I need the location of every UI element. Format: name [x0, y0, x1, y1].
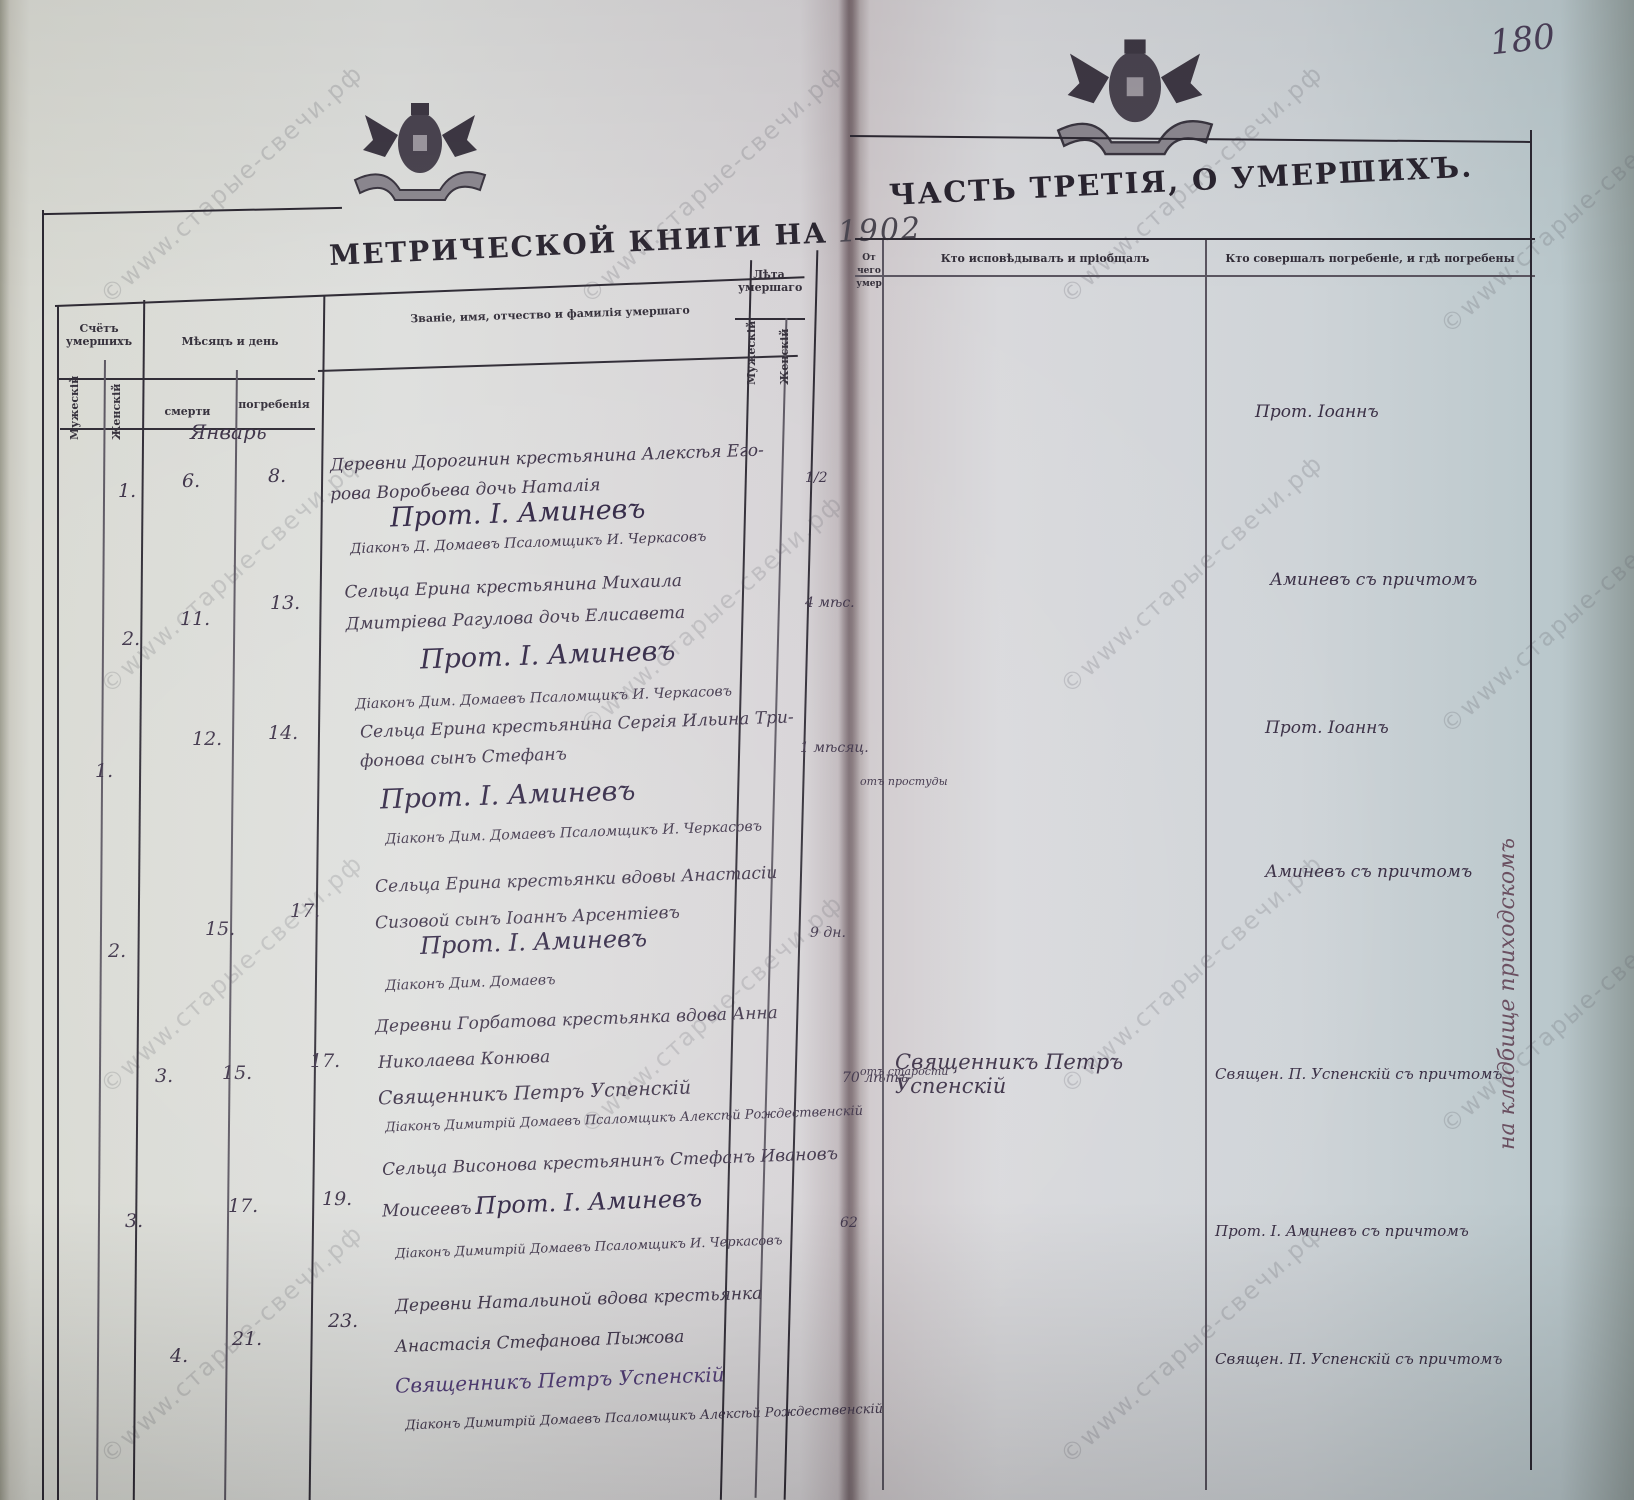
entry-burial-day: 23.	[328, 1310, 358, 1332]
month-label: Январь	[190, 420, 267, 444]
column-line	[96, 360, 106, 1500]
cause-of-death: отъ простуды	[860, 775, 948, 788]
margin-note: на кладбище приходскомъ	[1495, 500, 1520, 1150]
imperial-eagle-emblem-icon	[1045, 30, 1225, 160]
column-line	[1205, 240, 1207, 1490]
col-head-cause: От чего умер	[855, 252, 883, 291]
entry-text-line: Сельца Ерина крестьянки вдовы Анастасіи	[375, 863, 778, 897]
entry-text-line: фонова сынъ Стефанъ	[360, 744, 567, 771]
col-head-confessed-by: Кто исповѣдывалъ и пріобщалъ	[890, 252, 1200, 265]
page-number: 180	[1488, 17, 1557, 64]
entry-clergy: Діаконъ Дим. Домаевъ Псаломщикъ И. Черка…	[355, 683, 732, 712]
entry-text-line: Сельца Ерина крестьянина Сергія Ильина Т…	[360, 707, 794, 742]
entry-death-day: 21.	[232, 1328, 262, 1350]
entry-burial-day: 8.	[268, 465, 286, 487]
entry-burial-day: 14.	[268, 722, 298, 744]
entry-death-day: 15.	[205, 918, 235, 940]
entry-text-line: Деревни Горбатова крестьянка вдова Анна	[375, 1003, 778, 1037]
entry-text-line: Сельца Висонова крестьянинъ Стефанъ Иван…	[382, 1144, 838, 1180]
column-line	[57, 305, 59, 1500]
entry-signature: Священникъ Петръ Успенскій	[378, 1077, 692, 1110]
entry-text-line: Анастасія Стефанова Пыжова	[395, 1327, 685, 1357]
buried-by-entry: Аминевъ съ причтомъ	[1265, 862, 1472, 882]
column-line	[882, 240, 884, 1490]
buried-by-entry: Прот. Іоаннъ	[1265, 718, 1389, 738]
header-divider	[318, 355, 798, 372]
entry-age: 4 мѣс.	[805, 595, 855, 611]
buried-by-entry: Прот. І. Аминевъ съ причтомъ	[1215, 1222, 1469, 1240]
book-spread: ©www.старые-свечи.рф ©www.старые-свечи.р…	[0, 0, 1634, 1500]
entry-male-number: 3.	[125, 1210, 143, 1232]
buried-by-entry: Священ. П. Успенскій съ причтомъ	[1215, 1065, 1502, 1083]
register-year: 1902	[837, 211, 923, 250]
entry-death-day: 11.	[180, 608, 210, 630]
watermark: ©www.старые-свечи.рф	[1435, 489, 1634, 739]
watermark: ©www.старые-свечи.рф	[1435, 889, 1634, 1139]
entry-signature: Прот. І. Аминевъ	[380, 776, 636, 816]
entry-clergy: Діаконъ Дим. Домаевъ	[385, 972, 556, 994]
frame-line	[42, 210, 44, 1500]
entry-age: 1 мѣсяц.	[800, 740, 869, 756]
entry-death-day: 12.	[192, 728, 222, 750]
entry-text-line: Сельца Ерина крестьянина Михаила Дмитріе…	[344, 563, 726, 640]
col-head-month-day: Мѣсяцъ и день	[150, 335, 310, 348]
col-head-deceased-count: Счётъ умершихъ	[60, 322, 138, 348]
entry-age: 1/2	[805, 470, 828, 486]
entry-female-number: 3.	[155, 1065, 173, 1087]
entry-male-number: 1.	[95, 760, 113, 782]
frame-line	[1530, 130, 1532, 1470]
entry-clergy: Діаконъ Димитрій Домаевъ Псаломщикъ И. Ч…	[395, 1233, 783, 1262]
col-head-age-female: Женскій	[778, 330, 791, 385]
col-head-male: Мужескій	[68, 385, 81, 440]
table-top-line	[855, 238, 1535, 240]
entry-death-day: 15.	[222, 1062, 252, 1084]
entry-age: 62	[840, 1215, 858, 1231]
entry-female-number: 2.	[122, 628, 140, 650]
confessed-by-entry: Священникъ Петръ Успенскій	[895, 1050, 1195, 1098]
entry-burial-day: 13.	[270, 592, 300, 614]
header-divider	[735, 318, 805, 320]
watermark: ©www.старые-свечи.рф	[95, 59, 369, 309]
entry-text-line: Николаева Конюва	[378, 1047, 551, 1073]
register-title: МЕТРИЧЕСКОЙ КНИГИ НА	[328, 216, 828, 272]
entry-death-day: 6.	[182, 470, 200, 492]
col-head-female: Женскій	[110, 385, 123, 440]
col-head-buried-by: Кто совершалъ погребеніе, и гдѣ погребен…	[1210, 252, 1530, 265]
entry-male-number: 2.	[108, 940, 126, 962]
entry-text-line: Моисеевъ	[382, 1198, 472, 1221]
entry-burial-day: 17.	[290, 900, 320, 922]
table-top-line	[55, 276, 805, 307]
header-bottom-line	[60, 428, 315, 430]
entry-text-line: Деревни Натальиной вдова крестьянка	[395, 1284, 763, 1317]
entry-clergy: Діаконъ Дим. Домаевъ Псаломщикъ И. Черка…	[385, 818, 762, 847]
col-head-status-name: Званіе, имя, отчество и фамилія умершаго	[360, 302, 740, 327]
entry-signature: Прот. І. Аминевъ	[475, 1184, 703, 1220]
entry-burial-day: 17.	[310, 1050, 340, 1072]
col-head-age-male: Мужескій	[745, 330, 758, 385]
watermark: ©www.старые-свечи.рф	[575, 59, 849, 309]
col-head-burial: погребенія	[232, 398, 316, 411]
entry-clergy: Діаконъ Димитрій Домаевъ Псаломщикъ Алек…	[405, 1402, 883, 1434]
buried-by-entry: Священ. П. Успенскій съ причтомъ	[1215, 1350, 1502, 1368]
entry-age: 9 дн.	[810, 925, 846, 941]
column-line	[755, 318, 788, 1498]
header-bottom-line	[855, 275, 1535, 277]
buried-by-entry: Прот. Іоаннъ	[1255, 402, 1379, 422]
entry-text-line: Деревни Дорогинин крестьянина Алексѣя Ег…	[330, 440, 764, 475]
imperial-eagle-emblem-icon	[345, 95, 495, 205]
entry-clergy: Діаконъ Д. Домаевъ Псаломщикъ И. Черкасо…	[350, 529, 707, 557]
watermark: ©www.старые-свечи.рф	[1435, 89, 1634, 339]
col-head-age: Лѣта умершаго	[738, 268, 800, 294]
col-head-death: смерти	[145, 405, 230, 418]
buried-by-entry: Аминевъ съ причтомъ	[1270, 570, 1477, 590]
entry-burial-day: 19.	[322, 1188, 352, 1210]
entry-female-number: 4.	[170, 1345, 188, 1367]
entry-female-number: 1.	[118, 480, 136, 502]
entry-death-day: 17.	[228, 1195, 258, 1217]
header-divider	[57, 378, 315, 380]
column-line	[784, 250, 819, 1500]
entry-signature: Священникъ Петръ Успенскій	[395, 1362, 725, 1397]
watermark: ©www.старые-свечи.рф	[1055, 1219, 1329, 1469]
